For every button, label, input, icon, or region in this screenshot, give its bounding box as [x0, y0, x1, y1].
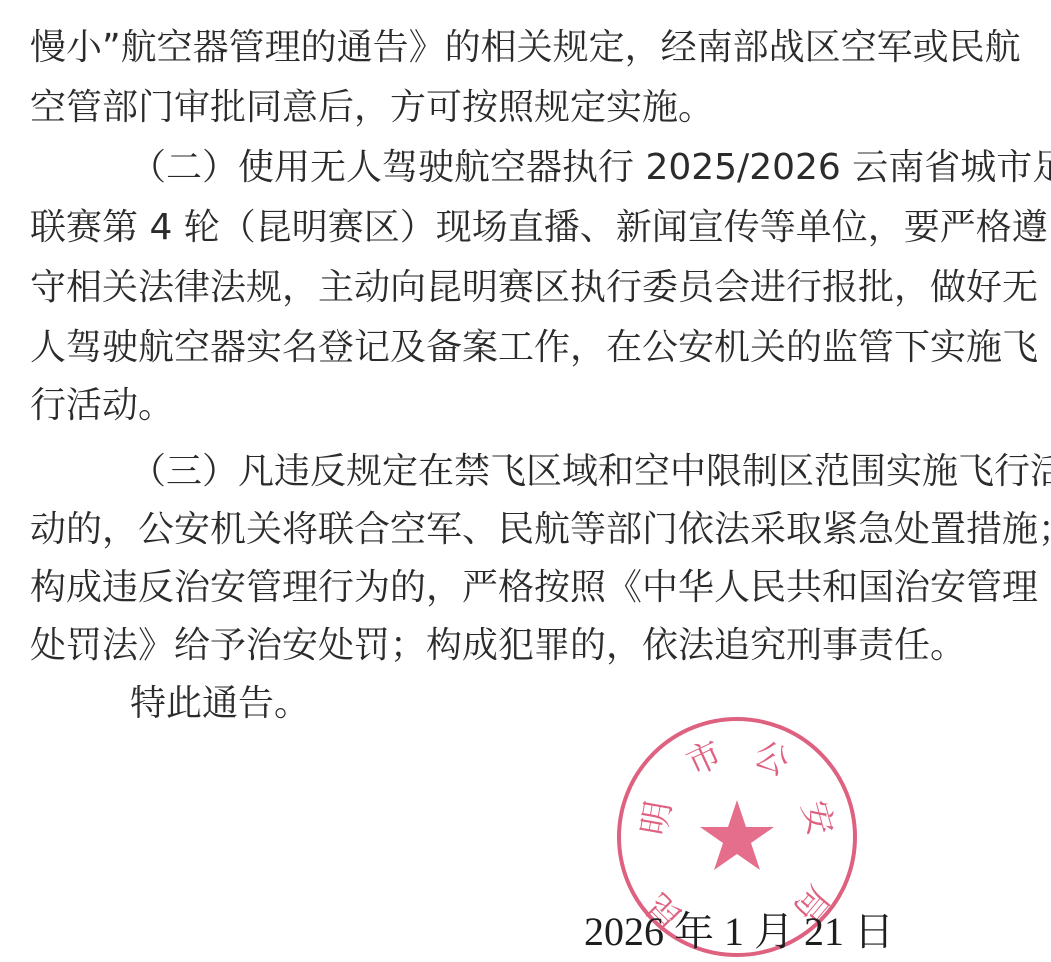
seal-char-4: 公 — [748, 734, 796, 785]
paragraph-2-line-5: 行活动。 — [30, 386, 1000, 426]
closing-text: 特此通告。 — [130, 684, 1051, 724]
paragraph-3-line-2: 动的，公安机关将联合空军、民航等部门依法采取紧急处置措施； — [30, 510, 1000, 550]
star-icon — [700, 800, 774, 870]
paragraph-3-line-3: 构成违反治安管理行为的，严格按照《中华人民共和国治安管理 — [30, 568, 1000, 608]
seal-char-5: 安 — [793, 797, 840, 840]
seal-char-3: 市 — [681, 734, 729, 785]
body-line-2: 空管部门审批同意后，方可按照规定实施。 — [30, 88, 1000, 128]
seal-char-2: 明 — [634, 798, 679, 838]
paragraph-3-line-4: 处罚法》给予治安处罚；构成犯罪的，依法追究刑事责任。 — [30, 626, 1000, 666]
paragraph-2-line-2: 联赛第 4 轮（昆明赛区）现场直播、新闻宣传等单位，要严格遵 — [30, 208, 1000, 248]
paragraph-2-line-3: 守相关法律法规，主动向昆明赛区执行委员会进行报批，做好无 — [30, 268, 1000, 308]
paragraph-2-line-1: （二）使用无人驾驶航空器执行 2025/2026 云南省城市足球 — [130, 148, 1051, 188]
paragraph-3-line-1: （三）凡违反规定在禁飞区域和空中限制区范围实施飞行活 — [130, 452, 1051, 492]
body-line-1: 慢小”航空器管理的通告》的相关规定，经南部战区空军或民航 — [30, 28, 1000, 68]
paragraph-2-line-4: 人驾驶航空器实名登记及备案工作，在公安机关的监管下实施飞 — [30, 328, 1000, 368]
issue-date: 2026 年 1 月 21 日 — [584, 910, 894, 954]
